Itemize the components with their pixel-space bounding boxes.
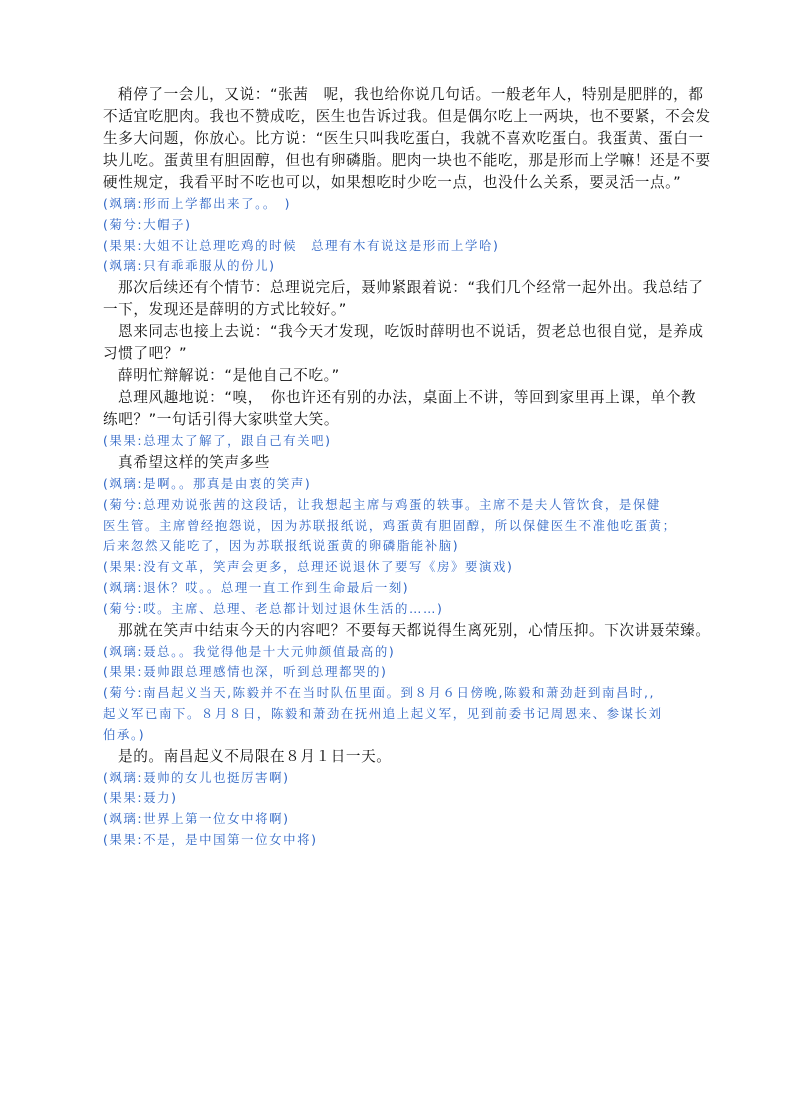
body-paragraph: 是的。南昌起义不局限在８月１日一天。 xyxy=(103,746,705,768)
comment-line: 后来忽然又能吃了，因为苏联报纸说蛋黄的卵磷脂能补脑) xyxy=(103,536,705,557)
comment-line: 伯承。) xyxy=(103,725,705,746)
comment: (果果:没有文革，笑声会更多，总理还说退休了要写《房》要演戏) xyxy=(103,557,705,578)
comment-line: (飒璃:形而上学都出来了。。 ) xyxy=(103,194,705,215)
comment-line: (飒璃:是啊。。那真是由衷的笑声) xyxy=(103,474,705,495)
comment-line: (飒璃:世界上第一位女中将啊) xyxy=(103,809,705,830)
comment: (果果:不是，是中国第一位女中将) xyxy=(103,830,705,851)
body-paragraph: 那就在笑声中结束今天的内容吧？不要每天都说得生离死别，心情压抑。下次讲聂荣臻。 xyxy=(103,620,705,642)
comment-line: (果果:总理太了解了，跟自己有关吧) xyxy=(103,431,705,452)
body-paragraph: 稍停了一会儿，又说：“张茜 呢，我也给你说几句话。一般老年人，特别是肥胖的，都 … xyxy=(103,84,705,194)
comment: (飒璃:世界上第一位女中将啊) xyxy=(103,809,705,830)
text-line: 真希望这样的笑声多些 xyxy=(103,452,705,474)
comment: (菊兮:哎。主席、总理、老总都计划过退休生活的……) xyxy=(103,599,705,620)
text-line: 生多大问题，你放心。比方说：“医生只叫我吃蛋白，我就不喜欢吃蛋白。我蛋黄、蛋白一 xyxy=(103,128,705,150)
text-line: 总理风趣地说：“嗅， 你也许还有别的办法，桌面上不讲，等回到家里再上课，单个教 xyxy=(103,387,705,409)
comment: (菊兮:南昌起义当天,陈毅并不在当时队伍里面。到８月６日傍晚,陈毅和萧劲赶到南昌… xyxy=(103,683,705,745)
comment: (果果:总理太了解了，跟自己有关吧) xyxy=(103,431,705,452)
comment: (菊兮:大帽子) xyxy=(103,215,705,236)
text-line: 不适宜吃肥肉。我也不赞成吃，医生也告诉过我。但是偶尔吃上一两块，也不要紧，不会发 xyxy=(103,106,705,128)
comment-line: (飒璃:退休？哎。。总理一直工作到生命最后一刻) xyxy=(103,578,705,599)
text-line: 一下，发现还是薛明的方式比较好。” xyxy=(103,299,705,321)
comment: (果果:聂力) xyxy=(103,788,705,809)
comment-line: (果果:大姐不让总理吃鸡的时候 总理有木有说这是形而上学哈) xyxy=(103,236,705,257)
comment-line: (飒璃:聂总。。我觉得他是十大元帅颜值最高的) xyxy=(103,642,705,663)
comment-line: 医生管。主席曾经抱怨说，因为苏联报纸说，鸡蛋黄有胆固醇，所以保健医生不准他吃蛋黄… xyxy=(103,516,705,537)
comment: (飒璃:形而上学都出来了。。 ) xyxy=(103,194,705,215)
comment: (菊兮:总理劝说张茜的这段话，让我想起主席与鸡蛋的轶事。主席不是夫人管饮食，是保… xyxy=(103,495,705,557)
text-line: 练吧？”一句话引得大家哄堂大笑。 xyxy=(103,409,705,431)
comment-line: (果果:不是，是中国第一位女中将) xyxy=(103,830,705,851)
body-paragraph: 真希望这样的笑声多些 xyxy=(103,452,705,474)
body-paragraph: 薛明忙辩解说：“是他自己不吃。” xyxy=(103,365,705,387)
comment: (飒璃:退休？哎。。总理一直工作到生命最后一刻) xyxy=(103,578,705,599)
body-paragraph: 那次后续还有个情节：总理说完后，聂帅紧跟着说：“我们几个经常一起外出。我总结了 … xyxy=(103,277,705,321)
comment-line: (菊兮:大帽子) xyxy=(103,215,705,236)
text-line: 那就在笑声中结束今天的内容吧？不要每天都说得生离死别，心情压抑。下次讲聂荣臻。 xyxy=(103,620,705,642)
comment: (飒璃:只有乖乖服从的份儿) xyxy=(103,256,705,277)
comment-line: (果果:没有文革，笑声会更多，总理还说退休了要写《房》要演戏) xyxy=(103,557,705,578)
text-line: 那次后续还有个情节：总理说完后，聂帅紧跟着说：“我们几个经常一起外出。我总结了 xyxy=(103,277,705,299)
comment-line: (菊兮:南昌起义当天,陈毅并不在当时队伍里面。到８月６日傍晚,陈毅和萧劲赶到南昌… xyxy=(103,683,705,704)
body-paragraph: 总理风趣地说：“嗅， 你也许还有别的办法，桌面上不讲，等回到家里再上课，单个教 … xyxy=(103,387,705,431)
text-line: 稍停了一会儿，又说：“张茜 呢，我也给你说几句话。一般老年人，特别是肥胖的，都 xyxy=(103,84,705,106)
comment: (果果:大姐不让总理吃鸡的时候 总理有木有说这是形而上学哈) xyxy=(103,236,705,257)
comment-line: (果果:聂力) xyxy=(103,788,705,809)
comment-line: (菊兮:总理劝说张茜的这段话，让我想起主席与鸡蛋的轶事。主席不是夫人管饮食，是保… xyxy=(103,495,705,516)
comment: (飒璃:聂帅的女儿也挺厉害啊) xyxy=(103,768,705,789)
text-line: 块儿吃。蛋黄里有胆固醇，但也有卵磷脂。肥肉一块也不能吃，那是形而上学嘛！还是不要 xyxy=(103,150,705,172)
comment: (飒璃:是啊。。那真是由衷的笑声) xyxy=(103,474,705,495)
text-line: 恩来同志也接上去说：“我今天才发现，吃饭时薛明也不说话，贺老总也很自觉，是养成 xyxy=(103,321,705,343)
body-paragraph: 恩来同志也接上去说：“我今天才发现，吃饭时薛明也不说话，贺老总也很自觉，是养成 … xyxy=(103,321,705,365)
text-line: 习惯了吧？” xyxy=(103,343,705,365)
comment-line: (飒璃:聂帅的女儿也挺厉害啊) xyxy=(103,768,705,789)
comment-line: (菊兮:哎。主席、总理、老总都计划过退休生活的……) xyxy=(103,599,705,620)
text-line: 硬性规定，我看平时不吃也可以，如果想吃时少吃一点，也没什么关系，要灵活一点。” xyxy=(103,172,705,194)
comment-line: 起义军已南下。８月８日，陈毅和萧劲在抚州追上起义军，见到前委书记周恩来、参谋长刘 xyxy=(103,704,705,725)
comment-line: (果果:聂帅跟总理感情也深，听到总理都哭的) xyxy=(103,662,705,683)
text-line: 是的。南昌起义不局限在８月１日一天。 xyxy=(103,746,705,768)
comment: (果果:聂帅跟总理感情也深，听到总理都哭的) xyxy=(103,662,705,683)
comment: (飒璃:聂总。。我觉得他是十大元帅颜值最高的) xyxy=(103,642,705,663)
comment-line: (飒璃:只有乖乖服从的份儿) xyxy=(103,256,705,277)
document-page: 稍停了一会儿，又说：“张茜 呢，我也给你说几句话。一般老年人，特别是肥胖的，都 … xyxy=(103,84,705,851)
text-line: 薛明忙辩解说：“是他自己不吃。” xyxy=(103,365,705,387)
